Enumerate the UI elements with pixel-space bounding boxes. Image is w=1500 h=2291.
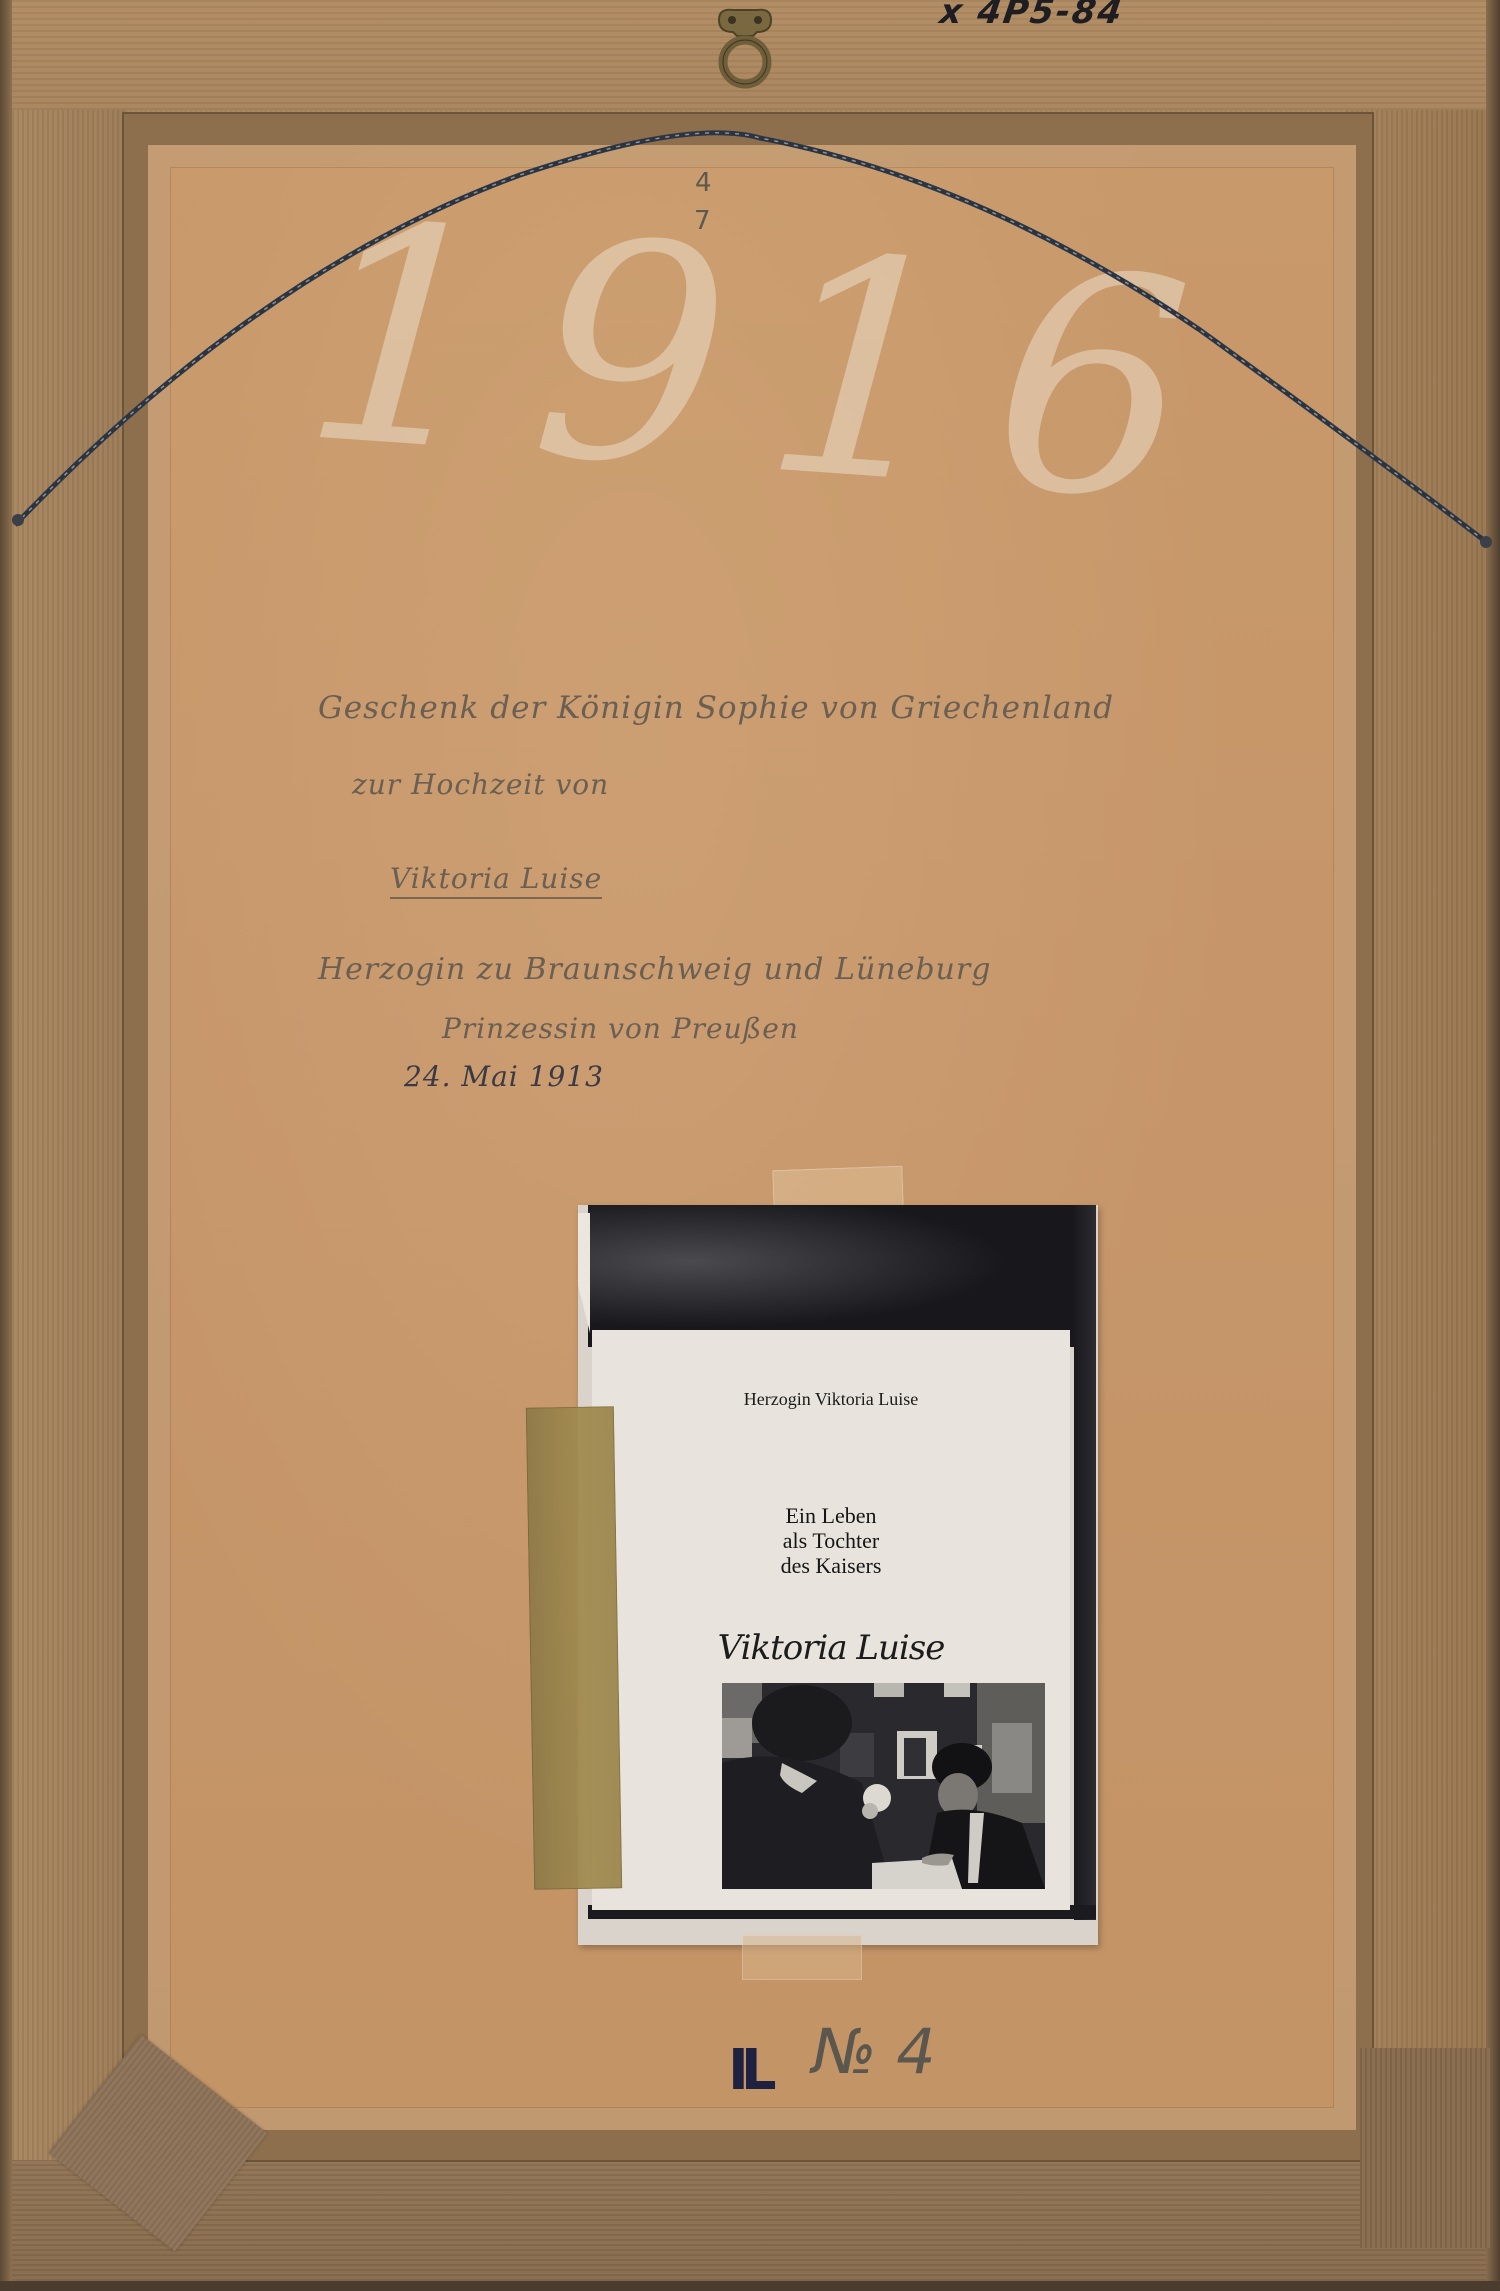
inscription-line: zur Hochzeit von (352, 768, 609, 801)
book-title-line: als Tochter (592, 1528, 1070, 1553)
folded-corner (578, 1213, 590, 1333)
book-photo (722, 1683, 1045, 1889)
inscription-date: 24. Mai 1913 (404, 1060, 604, 1093)
book-author: Herzogin Viktoria Luise (592, 1389, 1070, 1410)
inscription-line: Viktoria Luise (390, 862, 602, 899)
book-title: Ein Leben als Tochter des Kaisers (592, 1503, 1070, 1578)
book-title-line: des Kaisers (592, 1553, 1070, 1578)
frame-edge (0, 0, 12, 2291)
blue-marker: IL (728, 2038, 769, 2103)
photo-image (722, 1683, 1045, 1889)
frame-edge (1486, 0, 1500, 2291)
corner-tape (1360, 2048, 1490, 2248)
frame-back: x 4P5-84 1916 4 7 Geschenk der Königin S… (0, 0, 1500, 2291)
book-title-line: Ein Leben (592, 1503, 1070, 1528)
signature: Viktoria Luise (592, 1628, 1070, 1668)
photocopy-dark-area (1074, 1205, 1096, 1920)
title-page-text: Herzogin Viktoria Luise Ein Leben als To… (592, 0, 1070, 2291)
frame-left-band (12, 110, 127, 2160)
pencil-number: № 4 (812, 2015, 936, 2088)
